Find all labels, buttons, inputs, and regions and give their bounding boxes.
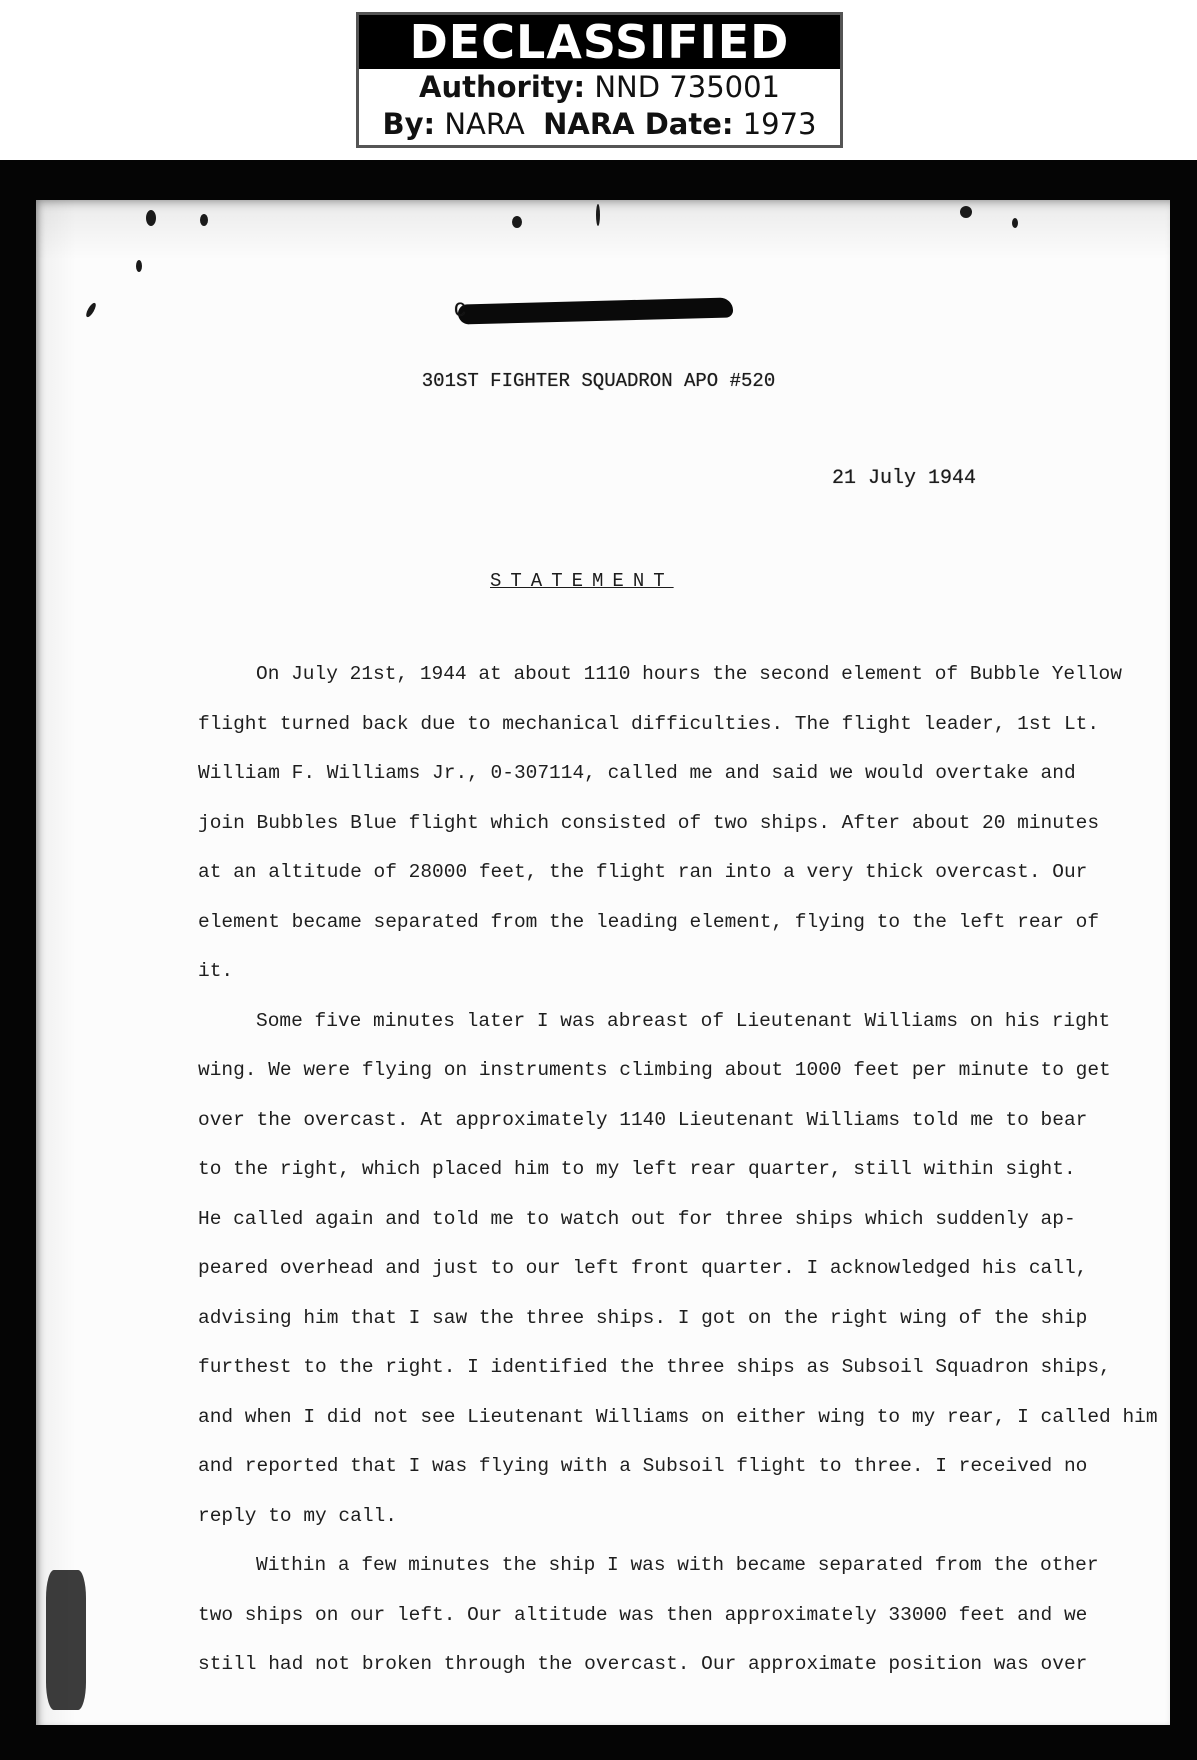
body-line: and when I did not see Lieutenant Willia…: [198, 1393, 1138, 1443]
document-date: 21 July 1944: [832, 467, 976, 490]
body-line: Within a few minutes the ship I was with…: [198, 1541, 1138, 1591]
body-line: and reported that I was flying with a Su…: [198, 1442, 1138, 1492]
authority-value: NND 735001: [594, 70, 780, 104]
statement-body: On July 21st, 1944 at about 1110 hours t…: [198, 650, 1138, 1690]
ink-smudge: [136, 260, 142, 272]
ink-smudge: [146, 210, 156, 226]
body-line: flight turned back due to mechanical dif…: [198, 700, 1138, 750]
body-line: at an altitude of 28000 feet, the flight…: [198, 848, 1138, 898]
declassified-stamp: DECLASSIFIED Authority: NND 735001 By: N…: [356, 12, 843, 148]
date-label: NARA Date:: [543, 107, 733, 141]
body-line: On July 21st, 1944 at about 1110 hours t…: [198, 650, 1138, 700]
unit-header: 301ST FIGHTER SQUADRON APO #520: [0, 370, 1197, 392]
body-line: to the right, which placed him to my lef…: [198, 1145, 1138, 1195]
body-line: element became separated from the leadin…: [198, 898, 1138, 948]
body-line: He called again and told me to watch out…: [198, 1195, 1138, 1245]
ink-smudge: [46, 1570, 86, 1710]
by-label: By:: [382, 107, 435, 141]
stamp-by-date: By: NARA NARA Date: 1973: [359, 106, 840, 143]
stamp-title: DECLASSIFIED: [359, 15, 840, 69]
stamp-authority: Authority: NND 735001: [359, 69, 840, 106]
ink-smudge: [84, 302, 97, 319]
body-line: William F. Williams Jr., 0-307114, calle…: [198, 749, 1138, 799]
body-line: advising him that I saw the three ships.…: [198, 1294, 1138, 1344]
redaction-leading-char: C: [454, 300, 466, 323]
authority-label: Authority:: [419, 70, 585, 104]
ink-smudge: [512, 216, 522, 228]
body-line: peared overhead and just to our left fro…: [198, 1244, 1138, 1294]
body-line: furthest to the right. I identified the …: [198, 1343, 1138, 1393]
body-line: reply to my call.: [198, 1492, 1138, 1542]
body-line: it.: [198, 947, 1138, 997]
body-line: wing. We were flying on instruments clim…: [198, 1046, 1138, 1096]
by-value: NARA: [444, 107, 524, 141]
document-title: STATEMENT: [490, 570, 674, 592]
body-line: Some five minutes later I was abreast of…: [198, 997, 1138, 1047]
body-line: join Bubbles Blue flight which consisted…: [198, 799, 1138, 849]
body-line: two ships on our left. Our altitude was …: [198, 1591, 1138, 1641]
body-line: still had not broken through the overcas…: [198, 1640, 1138, 1690]
ink-smudge: [200, 214, 208, 226]
ink-smudge: [1012, 218, 1018, 228]
body-line: over the overcast. At approximately 1140…: [198, 1096, 1138, 1146]
ink-smudge: [596, 204, 600, 226]
date-value: 1973: [743, 107, 817, 141]
ink-smudge: [960, 206, 972, 218]
